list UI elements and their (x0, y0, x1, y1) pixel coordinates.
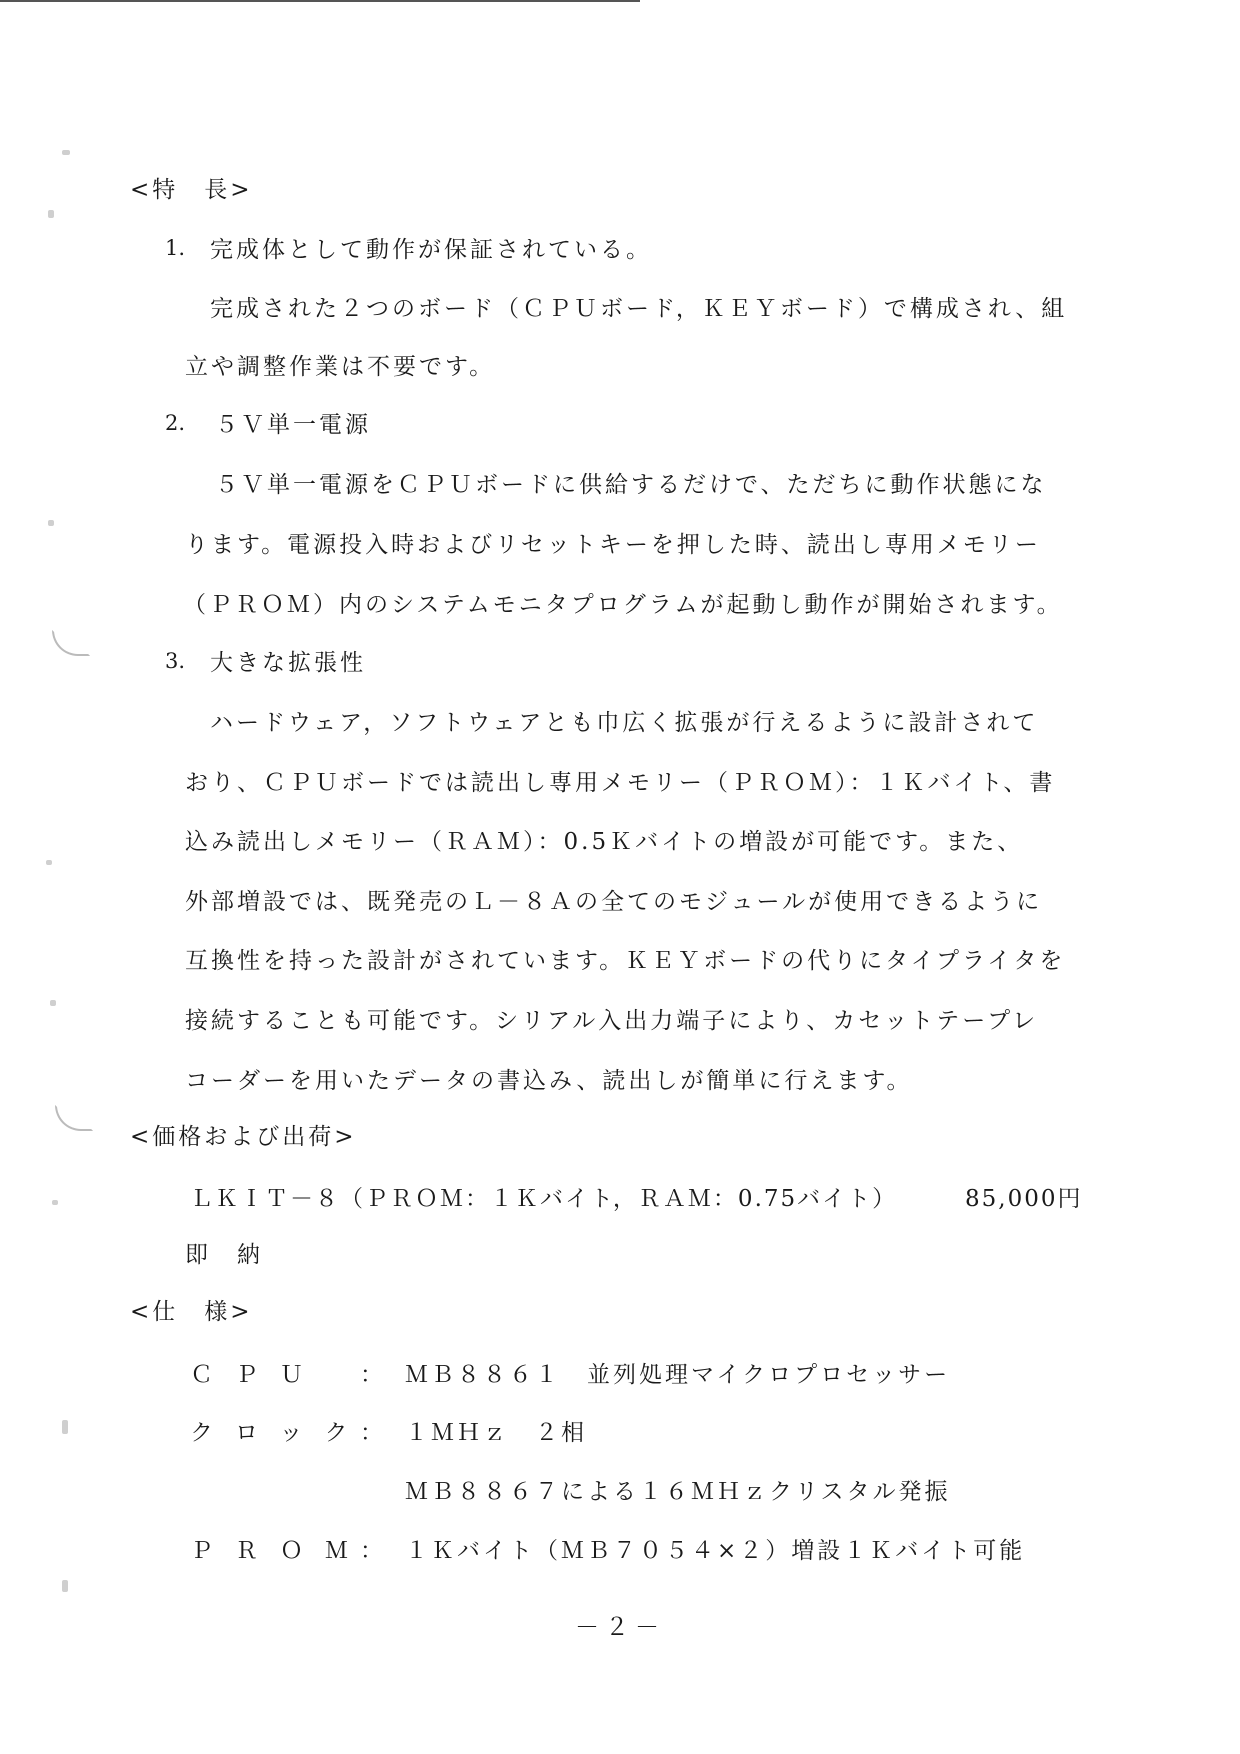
page-number: －２－ (0, 1607, 1240, 1642)
scan-speck (48, 210, 54, 218)
feature-title: 大きな拡張性 (210, 648, 366, 678)
section-heading-features: <特 長> (130, 175, 253, 205)
scan-speck (46, 860, 52, 865)
spec-value-cpu: ＭＢ８８６１ 並列処理マイクロプロセッサー (405, 1356, 950, 1389)
spec-colon: ： (360, 1356, 383, 1389)
feature-body-line: 立や調整作業は不要です。 (185, 352, 495, 382)
feature-body-line: 込み読出しメモリー（ＲＡＭ）：0.5Ｋバイトの増設が可能です。また、 (185, 827, 1023, 857)
feature-body-line: 互換性を持った設計がされています。ＫＥＹボードの代りにタイプライタを (185, 946, 1065, 976)
item-number: 2. (165, 411, 185, 435)
scan-top-edge (0, 0, 640, 2)
item-number: 1. (165, 236, 185, 260)
scan-hole-mark (52, 630, 90, 656)
scan-hole-mark (55, 1105, 93, 1131)
feature-body-line: コーダーを用いたデータの書込み、読出しが簡単に行えます。 (185, 1066, 913, 1096)
spec-value-clock-oscillator: ＭＢ８８６７による１６ＭＨｚクリスタル発振 (405, 1473, 951, 1506)
scan-speck (52, 1200, 58, 1205)
product-price: 85,000円 (965, 1180, 1082, 1213)
feature-body-line: 完成された２つのボード（ＣＰＵボード，ＫＥＹボード）で構成され、組 (210, 294, 1067, 324)
product-description: ＬＫＩＴ－８（ＰＲＯＭ：１Ｋバイト，ＲＡＭ：0.75バイト） (190, 1180, 897, 1213)
feature-body-line: ５Ｖ単一電源をＣＰＵボードに供給するだけで、ただちに動作状態にな (215, 470, 1047, 500)
scan-speck (50, 1000, 56, 1006)
spec-label-clock: クロック (190, 1414, 370, 1447)
scan-speck (62, 150, 70, 155)
scan-speck (48, 520, 54, 526)
scan-speck (62, 1580, 68, 1592)
spec-colon: ： (360, 1414, 383, 1447)
scan-speck (62, 1420, 68, 1434)
delivery-status: 即 納 (185, 1240, 263, 1270)
feature-body-line: （ＰＲＯＭ）内のシステムモニタプログラムが起動し動作が開始されます。 (183, 590, 1063, 620)
section-heading-specs: <仕 様> (130, 1297, 253, 1327)
feature-body-line: ります。電源投入時およびリセットキーを押した時、読出し専用メモリー (185, 530, 1041, 560)
feature-body-line: 外部増設では、既発売のＬ－８Ａの全てのモジュールが使用できるように (185, 887, 1042, 917)
feature-body-line: ハードウェア，ソフトウェアとも巾広く拡張が行えるように設計されて (210, 708, 1038, 738)
section-heading-pricing: <価格および出荷> (130, 1122, 357, 1152)
feature-body-line: おり、ＣＰＵボードでは読出し専用メモリー（ＰＲＯＭ）：１Ｋバイト、書 (185, 768, 1055, 798)
item-number: 3. (165, 649, 185, 673)
feature-body-line: 接続することも可能です。シリアル入出力端子により、カセットテープレ (185, 1006, 1038, 1036)
feature-title: ５Ｖ単一電源 (215, 410, 371, 440)
spec-value-prom: １Ｋバイト（ＭＢ７０５４×２）増設１Ｋバイト可能 (405, 1532, 1025, 1565)
spec-colon: ： (360, 1532, 383, 1565)
spec-value-clock: １ＭＨｚ ２相 (405, 1414, 587, 1447)
spec-label-prom: ＰＲＯＭ (190, 1532, 370, 1565)
feature-title: 完成体として動作が保証されている。 (210, 235, 652, 265)
spec-label-cpu: ＣＰＵ (190, 1356, 325, 1389)
